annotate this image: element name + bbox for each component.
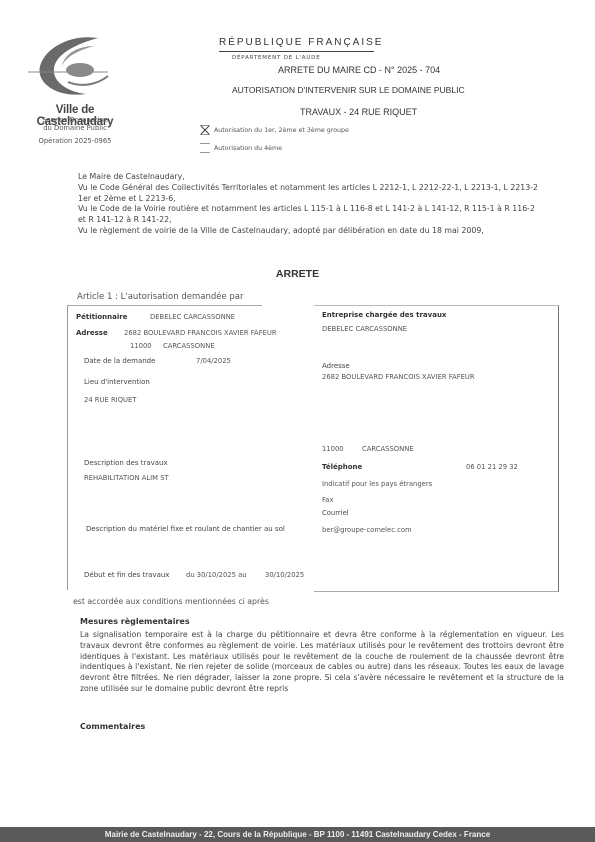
dates-to: 30/10/2025 <box>265 570 304 580</box>
request-date-label: Date de la demande <box>84 356 155 366</box>
equipment-label: Description du matériel fixe et roulant … <box>86 524 285 534</box>
petitioner-city: CARCASSONNE <box>163 341 215 351</box>
republic-title: RÉPUBLIQUE FRANÇAISE <box>219 37 383 48</box>
preamble-line: Vu le Code Général des Collectivités Ter… <box>78 183 538 205</box>
arrete-number: ARRETE DU MAIRE CD - N° 2025 - 704 <box>278 65 440 75</box>
request-date-value: 7/04/2025 <box>196 356 231 366</box>
company-postcode: 11000 <box>322 444 344 454</box>
preamble-line: Vu le règlement de voirie de la Ville de… <box>78 226 538 237</box>
fax-label: Fax <box>322 495 333 505</box>
petitioner-address-label: Adresse <box>76 328 108 338</box>
preamble-line: Vu le Code de la Voirie routière et nota… <box>78 204 538 226</box>
castelnaudary-logo-icon <box>28 32 112 102</box>
company-city: CARCASSONNE <box>362 444 414 454</box>
arrete-heading: ARRETE <box>0 268 595 280</box>
service-name: Service Occupation du Domaine Public <box>20 116 130 132</box>
measures-text: La signalisation temporaire est à la cha… <box>80 630 564 695</box>
petitioner-postcode: 11000 <box>130 341 152 351</box>
department-title: DÉPARTEMENT DE L'AUDE <box>232 55 320 61</box>
service-line2: du Domaine Public <box>20 124 130 132</box>
comments-heading: Commentaires <box>80 722 145 731</box>
location-label: Lieu d'intervention <box>84 377 150 387</box>
preamble-line: Le Maire de Castelnaudary, <box>78 172 538 183</box>
petitioner-value: DEBELEC CARCASSONNE <box>150 312 235 322</box>
company-address-line1: 2682 BOULEVARD FRANCOIS XAVIER FAFEUR <box>322 372 475 382</box>
company-label: Entreprise chargée des travaux <box>322 310 446 320</box>
location-value: 24 RUE RIQUET <box>84 395 136 405</box>
company-box <box>314 305 559 592</box>
measures-heading: Mesures règlementaires <box>80 617 190 626</box>
petitioner-label: Pétitionnaire <box>76 312 127 322</box>
company-value: DEBELEC CARCASSONNE <box>322 324 407 334</box>
checkbox-empty-icon[interactable] <box>200 143 210 153</box>
intl-code-label: Indicatif pour les pays étrangers <box>322 479 432 489</box>
phone-label: Téléphone <box>322 462 362 472</box>
authorization-title: AUTORISATION D'INTERVENIR SUR LE DOMAINE… <box>232 85 465 95</box>
checkbox-label-group123: Autorisation du 1er, 2ème et 3ème groupe <box>214 126 349 136</box>
service-line1: Service Occupation <box>20 116 130 124</box>
works-desc-label: Description des travaux <box>84 458 168 468</box>
footer-address: Mairie de Castelnaudary - 22, Cours de l… <box>0 827 595 842</box>
operation-number: Opération 2025-0965 <box>20 137 130 145</box>
phone-value: 06 01 21 29 32 <box>466 462 518 472</box>
email-value: ber@groupe-comelec.com <box>322 525 412 535</box>
dates-from: du 30/10/2025 au <box>186 570 247 580</box>
company-address-label: Adresse <box>322 361 350 371</box>
works-title: TRAVAUX - 24 RUE RIQUET <box>300 107 417 117</box>
checkbox-checked-icon[interactable] <box>200 125 210 135</box>
header-rule <box>219 51 374 52</box>
conditions-text: est accordée aux conditions mentionnées … <box>73 597 269 606</box>
article-1: Article 1 : L'autorisation demandée par <box>77 292 243 302</box>
email-label: Courriel <box>322 508 349 518</box>
dates-label: Début et fin des travaux <box>84 570 169 580</box>
preamble: Le Maire de Castelnaudary, Vu le Code Gé… <box>78 172 538 237</box>
works-desc-value: REHABILITATION ALIM ST <box>84 473 169 483</box>
checkbox-label-group4: Autorisation du 4ème <box>214 144 282 154</box>
petitioner-address-line1: 2682 BOULEVARD FRANCOIS XAVIER FAFEUR <box>124 328 277 338</box>
